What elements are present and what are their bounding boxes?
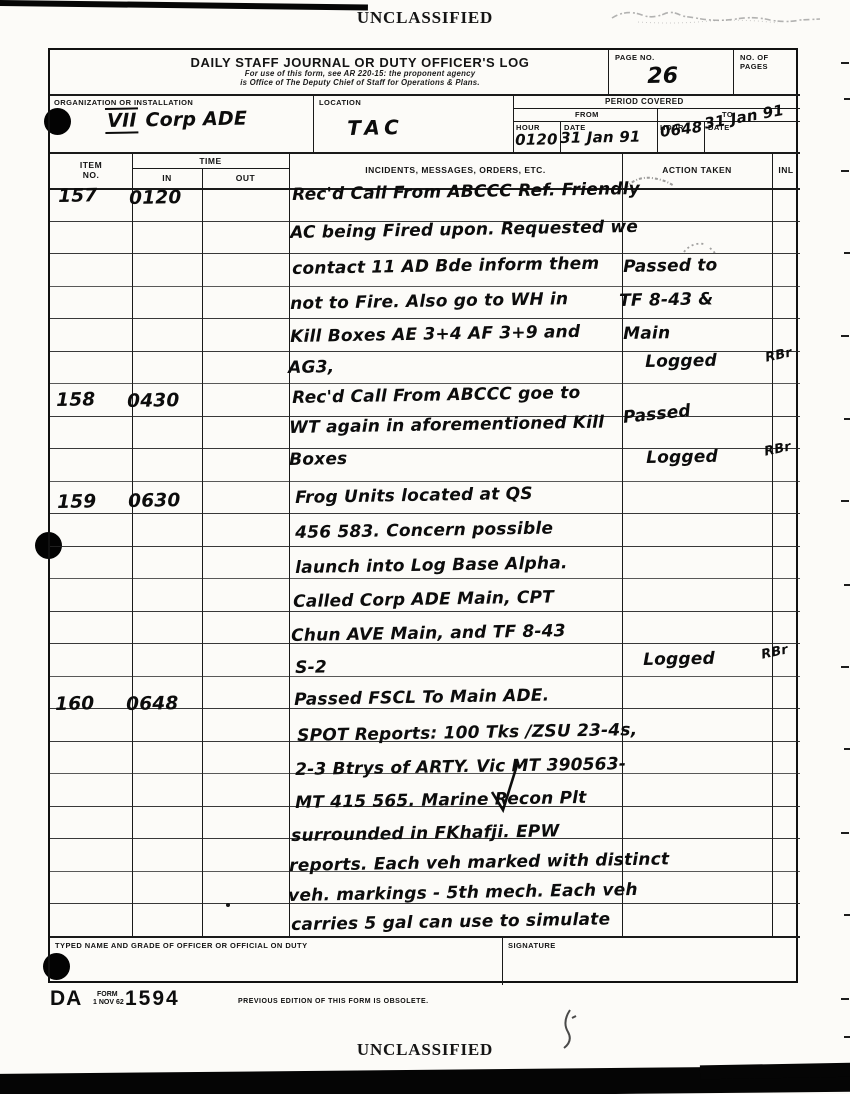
entry-time-in: 0648 bbox=[126, 693, 179, 715]
entry-incident-line: AC being Fired upon. Requested we bbox=[290, 217, 638, 243]
entry-time-in: 0430 bbox=[127, 390, 180, 412]
handwritten-checkmark bbox=[488, 758, 522, 819]
entry-incident-line: Rec'd Call From ABCCC goe to bbox=[292, 383, 581, 408]
da-label: DA bbox=[50, 987, 82, 1011]
entry-action-taken: Passed bbox=[622, 401, 692, 428]
scan-edge-mark bbox=[844, 418, 850, 420]
entry-incident-line: Kill Boxes AE 3+4 AF 3+9 and bbox=[290, 322, 580, 347]
scan-edge-mark bbox=[844, 914, 850, 916]
entry-incident-line: Boxes bbox=[289, 449, 348, 470]
entry-incident-line: Called Corp ADE Main, CPT bbox=[293, 587, 554, 612]
handwriting-layer: 1570120Rec'd Call From ABCCC Ref. Friend… bbox=[0, 0, 850, 1094]
entry-initials: RBr bbox=[760, 642, 789, 662]
entry-action-taken: Passed to bbox=[623, 255, 718, 277]
entry-incident-line: not to Fire. Also go to WH in bbox=[290, 289, 568, 314]
entry-incident-line: 2-3 Btrys of ARTY. Vic MT 390563- bbox=[295, 754, 626, 780]
entry-action-taken: TF 8-43 & bbox=[619, 289, 714, 311]
entry-item-number: 158 bbox=[56, 389, 96, 411]
scan-edge-mark bbox=[841, 666, 849, 668]
entry-incident-line: Chun AVE Main, and TF 8-43 bbox=[291, 621, 566, 646]
scan-edge-mark bbox=[841, 62, 849, 64]
entry-incident-line: surrounded in FKhafji. EPW bbox=[291, 821, 560, 846]
entry-incident-line: Passed FSCL To Main ADE. bbox=[294, 686, 549, 710]
scan-edge-mark bbox=[844, 584, 850, 586]
entry-item-number: 160 bbox=[55, 693, 95, 715]
entry-incident-line: carries 5 gal can use to simulate bbox=[291, 909, 610, 935]
form-edition-date: 1 NOV 62 bbox=[93, 999, 124, 1006]
entry-action-taken: Logged bbox=[643, 649, 715, 670]
scan-edge-mark bbox=[844, 252, 850, 254]
entry-time-in: 0630 bbox=[128, 490, 181, 512]
entry-action-taken: Logged bbox=[645, 351, 717, 372]
entry-action-taken: Logged bbox=[646, 447, 718, 468]
entry-incident-line: veh. markings - 5th mech. Each veh bbox=[288, 880, 638, 906]
scanned-document-page: UNCLASSIFIED DAILY STAFF JOURNAL OR DUTY… bbox=[0, 0, 850, 1094]
entry-time-in: 0120 bbox=[129, 187, 182, 209]
entry-incident-line: S-2 bbox=[295, 657, 327, 678]
entry-incident-line: contact 11 AD Bde inform them bbox=[292, 254, 600, 279]
scan-edge-mark bbox=[841, 998, 849, 1000]
scan-edge-mark bbox=[841, 500, 849, 502]
entry-incident-line: 456 583. Concern possible bbox=[295, 518, 553, 542]
entry-incident-line: WT again in aforementioned Kill bbox=[289, 413, 604, 438]
entry-incident-line: reports. Each veh marked with distinct bbox=[289, 849, 669, 876]
scan-edge-mark bbox=[841, 832, 849, 834]
form-number: 1594 bbox=[125, 987, 180, 1011]
entry-initials: RBr bbox=[763, 439, 792, 459]
scan-edge-mark bbox=[841, 170, 849, 172]
entry-incident-line: MT 415 565. Marine Recon Plt bbox=[295, 788, 587, 813]
form-word: FORM bbox=[97, 991, 118, 998]
entry-initials: RBr bbox=[764, 345, 793, 365]
entry-incident-line: Rec'd Call From ABCCC Ref. Friendly bbox=[292, 179, 640, 205]
obsolete-note: PREVIOUS EDITION OF THIS FORM IS OBSOLET… bbox=[238, 998, 429, 1005]
entry-incident-line: launch into Log Base Alpha. bbox=[295, 553, 568, 578]
entry-action-taken: Main bbox=[623, 323, 670, 344]
entry-incident-line: Frog Units located at QS bbox=[295, 484, 533, 508]
scan-bar-bottom-right bbox=[700, 1063, 850, 1080]
scan-edge-mark bbox=[844, 98, 850, 100]
entry-incident-line: SPOT Reports: 100 Tks /ZSU 23-4s, bbox=[297, 720, 638, 746]
entry-item-number: 159 bbox=[57, 491, 97, 513]
scan-edge-mark bbox=[844, 748, 850, 750]
classification-bottom: UNCLASSIFIED bbox=[0, 1040, 850, 1060]
scan-edge-mark bbox=[841, 335, 849, 337]
scan-edge-mark bbox=[844, 1036, 850, 1038]
entry-incident-line: AG3, bbox=[288, 357, 335, 378]
entry-item-number: 157 bbox=[58, 185, 98, 207]
